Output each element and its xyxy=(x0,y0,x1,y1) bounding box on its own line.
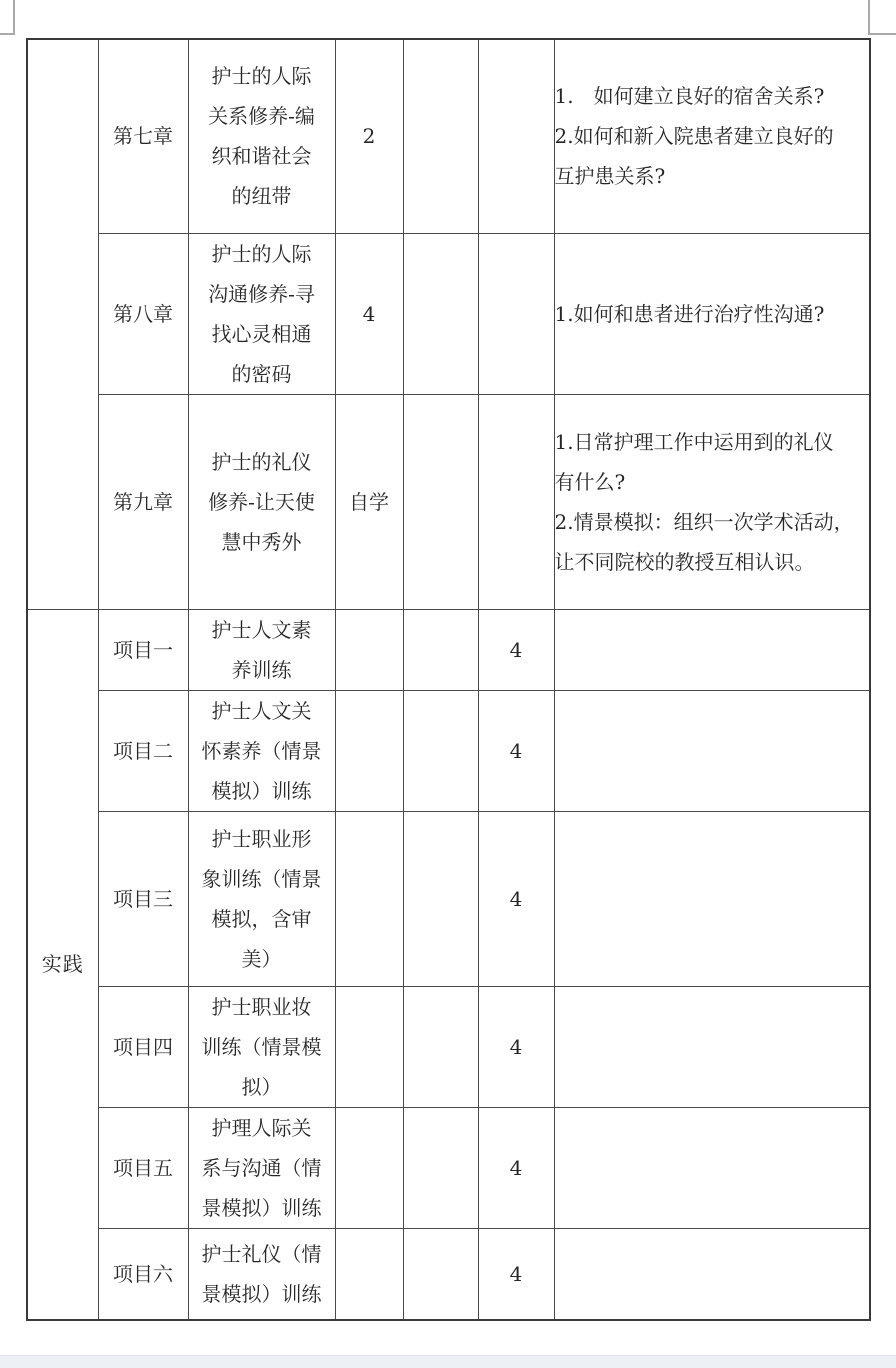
chapter-cell: 第九章 xyxy=(98,394,188,609)
table-row: 项目五 护理人际关 系与沟通（情 景模拟）训练 4 xyxy=(27,1107,870,1228)
questions-cell: 1. 如何建立良好的宿舍关系? 2.如何和新入院患者建立良好的 互护患关系? xyxy=(554,39,870,233)
content-cell: 护士的人际 沟通修养-寻 找心灵相通 的密码 xyxy=(188,233,335,394)
practice-hours-cell xyxy=(478,39,554,233)
project-cell: 项目三 xyxy=(98,811,188,986)
project-cell: 项目五 xyxy=(98,1107,188,1228)
questions-cell xyxy=(554,811,870,986)
theory-hours-cell xyxy=(335,690,403,811)
table-row: 项目四 护士职业妆 训练（情景模 拟） 4 xyxy=(27,986,870,1107)
practice-hours-cell: 4 xyxy=(478,986,554,1107)
chapter-cell: 第七章 xyxy=(98,39,188,233)
empty-cell xyxy=(403,394,478,609)
questions-cell xyxy=(554,609,870,690)
document-page: 第七章 护士的人际 关系修养-编 织和谐社会 的纽带 2 1. 如何建立良好的宿… xyxy=(0,0,896,1368)
syllabus-table: 第七章 护士的人际 关系修养-编 织和谐社会 的纽带 2 1. 如何建立良好的宿… xyxy=(26,38,871,1321)
theory-hours-cell: 4 xyxy=(335,233,403,394)
questions-cell: 1.如何和患者进行治疗性沟通? xyxy=(554,233,870,394)
project-cell: 项目二 xyxy=(98,690,188,811)
table-row: 实践 项目一 护士人文素 养训练 4 xyxy=(27,609,870,690)
questions-cell xyxy=(554,986,870,1107)
section-label-cell: 实践 xyxy=(27,609,98,1320)
table-row: 项目六 护士礼仪（情 景模拟）训练 4 xyxy=(27,1228,870,1320)
practice-hours-cell: 4 xyxy=(478,811,554,986)
empty-cell xyxy=(403,811,478,986)
chapter-cell: 第八章 xyxy=(98,233,188,394)
project-cell: 项目一 xyxy=(98,609,188,690)
empty-cell xyxy=(403,690,478,811)
content-cell: 护士的礼仪 修养-让天使 慧中秀外 xyxy=(188,394,335,609)
empty-cell xyxy=(403,1107,478,1228)
empty-cell xyxy=(403,233,478,394)
theory-hours-cell xyxy=(335,1107,403,1228)
theory-hours-cell xyxy=(335,986,403,1107)
project-cell: 项目四 xyxy=(98,986,188,1107)
practice-hours-cell: 4 xyxy=(478,1107,554,1228)
theory-hours-cell xyxy=(335,1228,403,1320)
section-label-cell xyxy=(27,39,98,609)
empty-cell xyxy=(403,609,478,690)
table-row: 第八章 护士的人际 沟通修养-寻 找心灵相通 的密码 4 1.如何和患者进行治疗… xyxy=(27,233,870,394)
practice-hours-cell xyxy=(478,394,554,609)
questions-cell xyxy=(554,1228,870,1320)
theory-hours-cell xyxy=(335,609,403,690)
theory-hours-cell: 自学 xyxy=(335,394,403,609)
content-cell: 护士的人际 关系修养-编 织和谐社会 的纽带 xyxy=(188,39,335,233)
theory-hours-cell xyxy=(335,811,403,986)
practice-hours-cell: 4 xyxy=(478,1228,554,1320)
practice-hours-cell xyxy=(478,233,554,394)
table-row: 项目二 护士人文关 怀素养（情景 模拟）训练 4 xyxy=(27,690,870,811)
practice-hours-cell: 4 xyxy=(478,690,554,811)
content-cell: 护士职业形 象训练（情景 模拟，含审 美） xyxy=(188,811,335,986)
empty-cell xyxy=(403,986,478,1107)
content-cell: 护士职业妆 训练（情景模 拟） xyxy=(188,986,335,1107)
page-boundary-mark-left xyxy=(0,0,15,35)
questions-cell: 1.日常护理工作中运用到的礼仪 有什么? 2.情景模拟：组织一次学术活动， 让不… xyxy=(554,394,870,609)
theory-hours-cell: 2 xyxy=(335,39,403,233)
table-row: 第九章 护士的礼仪 修养-让天使 慧中秀外 自学 1.日常护理工作中运用到的礼仪… xyxy=(27,394,870,609)
content-cell: 护士人文关 怀素养（情景 模拟）训练 xyxy=(188,690,335,811)
content-cell: 护士礼仪（情 景模拟）训练 xyxy=(188,1228,335,1320)
practice-hours-cell: 4 xyxy=(478,609,554,690)
questions-cell xyxy=(554,690,870,811)
content-cell: 护士人文素 养训练 xyxy=(188,609,335,690)
questions-cell xyxy=(554,1107,870,1228)
page-boundary-mark-right xyxy=(868,0,896,35)
empty-cell xyxy=(403,1228,478,1320)
table-row: 项目三 护士职业形 象训练（情景 模拟，含审 美） 4 xyxy=(27,811,870,986)
empty-cell xyxy=(403,39,478,233)
project-cell: 项目六 xyxy=(98,1228,188,1320)
content-cell: 护理人际关 系与沟通（情 景模拟）训练 xyxy=(188,1107,335,1228)
page-gap-bar xyxy=(0,1355,896,1368)
table-row: 第七章 护士的人际 关系修养-编 织和谐社会 的纽带 2 1. 如何建立良好的宿… xyxy=(27,39,870,233)
